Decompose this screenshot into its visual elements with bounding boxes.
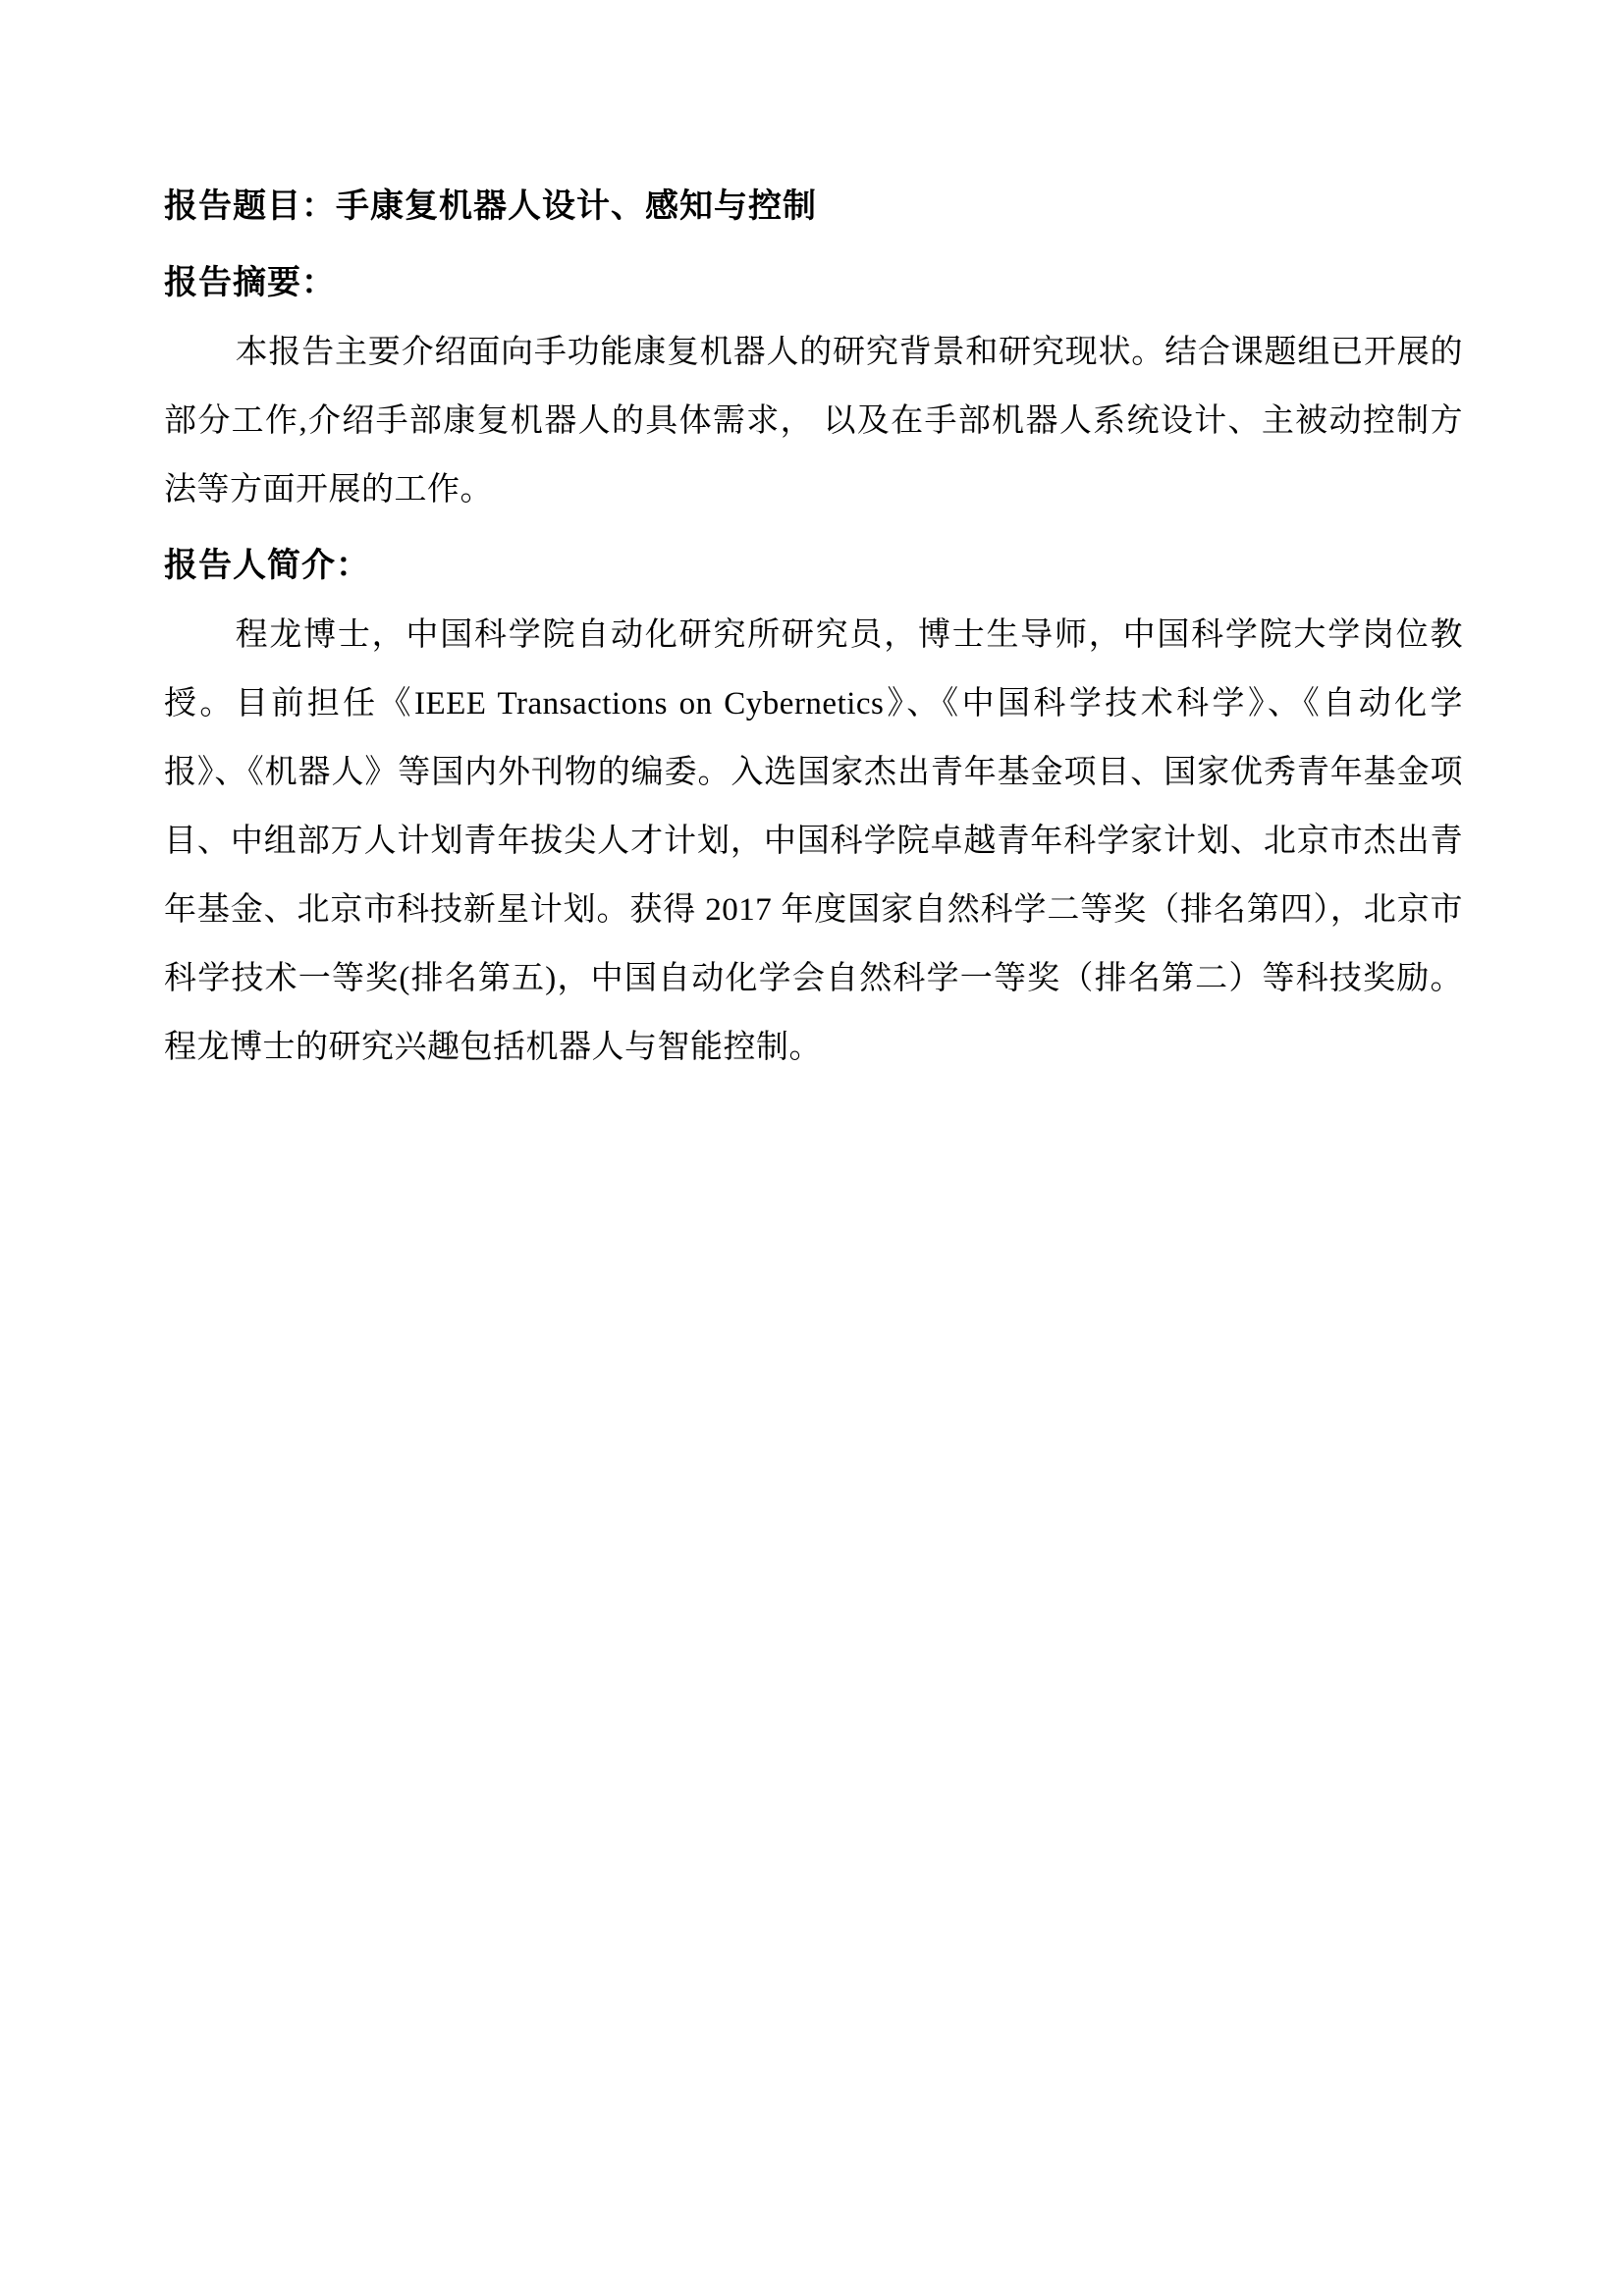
speaker-bio-heading: 报告人简介： xyxy=(164,532,1463,601)
abstract-heading: 报告摘要： xyxy=(164,249,1463,318)
report-title: 报告题目：手康复机器人设计、感知与控制 xyxy=(164,173,1463,241)
abstract-paragraph: 本报告主要介绍面向手功能康复机器人的研究背景和研究现状。结合课题组已开展的部分工… xyxy=(164,318,1463,524)
speaker-bio-paragraph: 程龙博士，中国科学院自动化研究所研究员，博士生导师，中国科学院大学岗位教授。目前… xyxy=(164,601,1463,1082)
document-page: 报告题目：手康复机器人设计、感知与控制 报告摘要： 本报告主要介绍面向手功能康复… xyxy=(0,0,1624,2296)
